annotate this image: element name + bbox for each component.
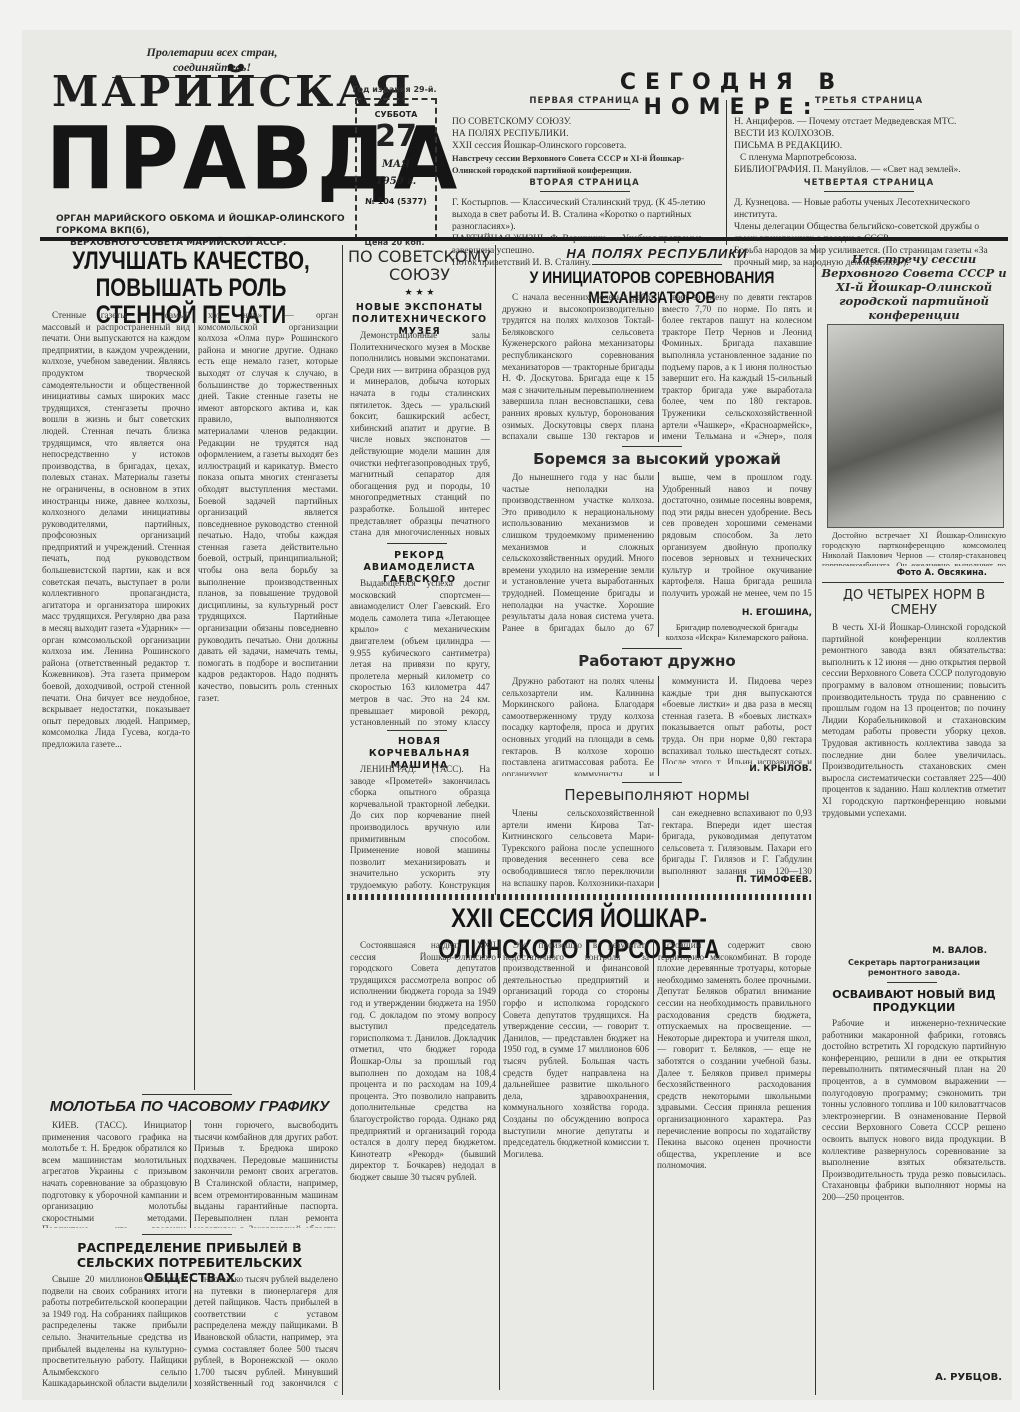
- divider: [540, 109, 630, 110]
- photo-caption: Достойно встречает XI Йошкар-Олинскую го…: [822, 530, 1006, 566]
- divider: [194, 310, 195, 1090]
- harvest-headline: Боремся за высокий урожай: [502, 450, 812, 468]
- toc-item: ВЕСТИ ИЗ КОЛХОЗОВ.: [734, 128, 1004, 140]
- paragraph: Члены сельскохозяйственной артели имени …: [502, 808, 654, 888]
- divider: [622, 648, 682, 649]
- paragraph: Стенные газеты — самый массовый и распро…: [42, 310, 190, 751]
- coop-col2: несколько тысяч рублей выделено на путев…: [194, 1274, 338, 1389]
- toc-item: Н. Анциферов. — Почему отстает Медведевс…: [734, 116, 1004, 128]
- divider: [387, 730, 447, 731]
- photo-worker: [827, 324, 1004, 528]
- divider: [622, 782, 682, 783]
- toc-item: XXII сессия Йошкар-Олинского горсовета.: [452, 140, 717, 152]
- divider: [824, 191, 914, 192]
- toc-item: Навстречу сессии Верховного Совета СССР …: [452, 152, 717, 176]
- paragraph: ЛЕНИНГРАД. (ТАСС). На заводе «Прометей» …: [350, 764, 490, 892]
- newspaper-page: Пролетарии всех стран, соединяйтесь! МАР…: [22, 30, 1012, 1400]
- issue-number: № 104 (5377): [357, 197, 435, 206]
- threshing-col2: тонн горючего, высвободить тысячи комбай…: [194, 1120, 338, 1228]
- divider: [658, 676, 659, 776]
- divider: [495, 245, 496, 895]
- divider: [815, 245, 816, 1395]
- toc-page3-label: ТРЕТЬЯ СТРАНИЦА: [734, 96, 1004, 106]
- toc-page4-label: ЧЕТВЕРТАЯ СТРАНИЦА: [734, 178, 1004, 188]
- year-of-publication: Год издания 29-й.: [352, 85, 437, 94]
- paragraph: Выдающегося успеха достиг московский спо…: [350, 578, 490, 728]
- year: 1950 г.: [357, 176, 435, 187]
- paragraph: сан ежедневно вспахивают по 0,93 гектара…: [662, 808, 812, 874]
- threshing-headline: МОЛОТЬБА ПО ЧАСОВОМУ ГРАФИКУ: [42, 1098, 337, 1115]
- month: МАЯ: [357, 159, 435, 170]
- museum-text: Демонстрационные залы Политехнического м…: [350, 330, 490, 540]
- toc-left: ПЕРВАЯ СТРАНИЦА ПО СОВЕТСКОМУ СОЮЗУ. НА …: [452, 96, 717, 269]
- toc-item: БИБЛИОГРАФИЯ. П. Мануйлов. — «Свет над з…: [734, 164, 1004, 176]
- four-norms-headline: ДО ЧЕТЫРЕХ НОРМ В СМЕНУ: [820, 588, 1008, 618]
- paragraph: Дружно работают на полях члены сельхозар…: [502, 676, 654, 776]
- wavy-rule: [347, 894, 811, 900]
- paragraph: стоящим содержит свою территорию мясоком…: [657, 940, 811, 1172]
- masthead-rule: [40, 237, 1008, 241]
- toc-right: ТРЕТЬЯ СТРАНИЦА Н. Анциферов. — Почему о…: [734, 96, 1004, 269]
- mechanizers-col2: вает за смену по девяти гектаров вместо …: [662, 292, 812, 442]
- paragraph: тонн горючего, высвободить тысячи комбай…: [194, 1120, 338, 1228]
- divider: [592, 264, 722, 265]
- session-col2: Это произошло в результате недостаточног…: [503, 940, 649, 1390]
- divider: [190, 1274, 191, 1389]
- paragraph: Состоявшаяся на-днях XXII сессия Йошкар-…: [350, 940, 496, 1183]
- exceed-norms-signature: П. ТИМОФЕЕВ.: [662, 875, 812, 885]
- editorial-col1: Стенные газеты — самый массовый и распро…: [42, 310, 190, 1090]
- friendly-work-col2: коммуниста И. Пидоева через каждые три д…: [662, 676, 812, 764]
- divider: [658, 292, 659, 442]
- divider: [653, 940, 654, 1390]
- divider: [142, 1094, 232, 1095]
- threshing-col1: КИЕВ. (ТАСС). Инициатор применения часов…: [42, 1120, 187, 1228]
- paragraph: До нынешнего года у нас были частые непо…: [502, 472, 654, 637]
- friendly-work-signature: И. КРЫЛОВ.: [662, 764, 812, 774]
- day: 27: [357, 119, 435, 155]
- harvest-col2: выше, чем в прошлом году. Удобренный нав…: [662, 472, 812, 602]
- date-box: СУББОТА 27 МАЯ 1950 г. № 104 (5377): [355, 98, 437, 240]
- aviamodel-text: Выдающегося успеха достиг московский спо…: [350, 578, 490, 728]
- weekday: СУББОТА: [357, 110, 435, 119]
- divider: [540, 191, 630, 192]
- divider: [387, 543, 447, 544]
- mechanizers-col1: С начала весенних полевых работ дружно и…: [502, 292, 654, 442]
- toc-page2-label: ВТОРАЯ СТРАНИЦА: [452, 178, 717, 188]
- editorial-col2: хоз ний» — орган комсомольской организац…: [198, 310, 338, 1090]
- divider: [622, 446, 682, 447]
- divider: [190, 1120, 191, 1228]
- paragraph: выше, чем в прошлом году. Удобренный нав…: [662, 472, 812, 602]
- photo-title: Навстречу сессии Верховного Совета СССР …: [820, 252, 1008, 322]
- new-product-signature: А. РУБЦОВ.: [822, 1372, 1002, 1383]
- paragraph: Это произошло в результате недостаточног…: [503, 940, 649, 1160]
- paragraph: КИЕВ. (ТАСС). Инициатор применения часов…: [42, 1120, 187, 1228]
- session-col1: Состоявшаяся на-днях XXII сессия Йошкар-…: [350, 940, 496, 1390]
- divider: [726, 100, 727, 245]
- paragraph: Рабочие и инженерно-технические работник…: [822, 1018, 1006, 1204]
- harvest-signature: Н. ЕГОШИНА,: [662, 608, 812, 618]
- toc-item: С пленума Марпотребсоюза.: [734, 152, 1004, 164]
- paragraph: Демонстрационные залы Политехнического м…: [350, 330, 490, 540]
- divider: [342, 245, 343, 1395]
- friendly-work-col1: Дружно работают на полях члены сельхозар…: [502, 676, 654, 776]
- paragraph: С начала весенних полевых работ дружно и…: [502, 292, 654, 442]
- divider: [887, 982, 937, 983]
- machine-text: ЛЕНИНГРАД. (ТАСС). На заводе «Прометей» …: [350, 764, 490, 892]
- organ-line1: ОРГАН МАРИЙСКОГО ОБКОМА И ЙОШКАР-ОЛИНСКО…: [56, 213, 356, 237]
- four-norms-signature: М. ВАЛОВ.: [822, 946, 987, 956]
- coop-col1: Свыше 20 миллионов пайщиков подвели на с…: [42, 1274, 187, 1389]
- friendly-work-headline: Работают дружно: [502, 652, 812, 670]
- divider: [658, 808, 659, 888]
- new-product-headline: ОСВАИВАЮТ НОВЫЙ ВИД ПРОДУКЦИИ: [820, 988, 1008, 1014]
- divider: [824, 109, 914, 110]
- new-product-text: Рабочие и инженерно-технические работник…: [822, 1018, 1006, 1368]
- toc-item: ПО СОВЕТСКОМУ СОЮЗУ.: [452, 116, 717, 128]
- exceed-norms-col2: сан ежедневно вспахивают по 0,93 гектара…: [662, 808, 812, 874]
- session-col3: стоящим содержит свою территорию мясоком…: [657, 940, 811, 1390]
- four-norms-signature-role: Секретарь партогранизации ремонтного зав…: [822, 958, 1006, 978]
- paragraph: В честь XI-й Йошкар-Олинской городской п…: [822, 622, 1006, 819]
- divider: [658, 472, 659, 637]
- exceed-norms-col1: Члены сельскохозяйственной артели имени …: [502, 808, 654, 888]
- paragraph: несколько тысяч рублей выделено на путев…: [194, 1274, 338, 1389]
- toc-item: НА ПОЛЯХ РЕСПУБЛИКИ.: [452, 128, 717, 140]
- divider: [142, 1234, 232, 1235]
- paragraph: хоз ний» — орган комсомольской организац…: [198, 310, 338, 704]
- organ-line: ОРГАН МАРИЙСКОГО ОБКОМА И ЙОШКАР-ОЛИНСКО…: [56, 213, 356, 249]
- paragraph: Свыше 20 миллионов пайщиков подвели на с…: [42, 1274, 187, 1389]
- divider: [499, 940, 500, 1390]
- four-norms-text: В честь XI-й Йошкар-Олинской городской п…: [822, 622, 1006, 942]
- toc-item: Д. Кузнецова. — Новые работы ученых Лесо…: [734, 197, 1004, 221]
- toc-item: Г. Костырпов. — Классический Сталинский …: [452, 197, 717, 233]
- harvest-signature-role: Бригадир полеводческой бригады колхоза «…: [662, 622, 812, 642]
- fields-section-title: НА ПОЛЯХ РЕСПУБЛИКИ: [502, 246, 812, 261]
- divider: [822, 582, 1004, 583]
- paragraph: коммуниста И. Пидоева через каждые три д…: [662, 676, 812, 764]
- stars-separator: ★ ★ ★: [347, 288, 492, 298]
- paragraph: вает за смену по девяти гектаров вместо …: [662, 292, 812, 442]
- toc-item: ПИСЬМА В РЕДАКЦИЮ.: [734, 140, 1004, 152]
- toc-item: Члены делегации Общества бельгийско-сове…: [734, 221, 1004, 245]
- toc-page1-label: ПЕРВАЯ СТРАНИЦА: [452, 96, 717, 106]
- photo-credit: Фото А. Овсякина.: [822, 568, 987, 578]
- exceed-norms-headline: Перевыполняют нормы: [502, 786, 812, 804]
- soviet-union-section-title: ПО СОВЕТСКОМУ СОЮЗУ: [347, 248, 492, 284]
- harvest-col1: До нынешнего года у нас были частые непо…: [502, 472, 654, 637]
- paragraph: Достойно встречает XI Йошкар-Олинскую го…: [822, 530, 1006, 566]
